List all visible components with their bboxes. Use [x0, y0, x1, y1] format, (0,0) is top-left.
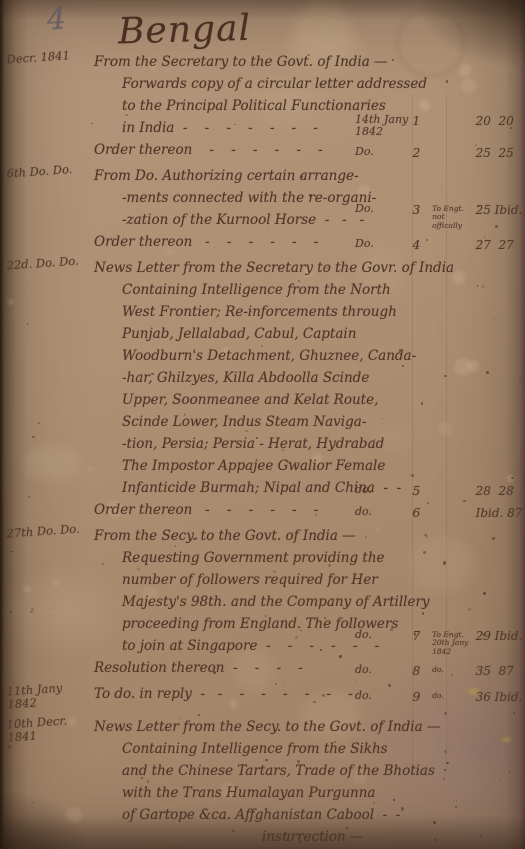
manuscript-line: with the Trans Humalayan Purgunna: [94, 782, 525, 804]
page-numbers: 28 28: [476, 484, 523, 498]
ledger-entry: 27th Do. Do. From the Secy. to the Govt.…: [0, 525, 525, 679]
reference-date: do.: [355, 506, 410, 518]
manuscript-line: insurrection —: [94, 826, 525, 848]
entry-date: Decr. 1841: [0, 44, 101, 160]
reference-date: Do.: [355, 238, 410, 250]
entry-segment: Order thereon - - - - - - do. 6 Ibid. 87: [94, 499, 525, 521]
manuscript-line: Upper, Soonmeanee and Kelat Route,: [94, 389, 525, 411]
entry-segment: From the Secretary to the Govt. of India…: [94, 51, 525, 139]
entry-date: 10th Decr. 1841: [0, 709, 103, 847]
entry-segment: Order thereon - - - - - - Do. 4 27 27: [94, 231, 525, 253]
entry-number: 2: [412, 146, 430, 160]
manuscript-line: Woodburn's Detachment, Ghuznee, Canda-: [94, 345, 525, 367]
page-numbers: 35 87: [476, 664, 523, 678]
manuscript-line: From the Secy. to the Govt. of India —: [94, 525, 525, 547]
folio-number: 4: [46, 1, 67, 37]
entry-list: Decr. 1841 From the Secretary to the Gov…: [0, 51, 525, 848]
entry-segments: From Do. Authorizing certain arrange--me…: [94, 165, 525, 253]
entry-segments: News Letter from the Secy. to the Govt. …: [94, 716, 525, 848]
reference-date: do.: [355, 664, 410, 676]
entry-columns: do. 7 To Engt. 20th Jany 1842 29 Ibid.: [355, 629, 523, 657]
marginal-note: To Engt. 20th Jany 1842: [432, 629, 473, 657]
entry-columns: do. 5 28 28: [355, 484, 523, 498]
ledger-entry: 6th Do. Do. From Do. Authorizing certain…: [0, 165, 525, 253]
page-numbers: 20 20: [476, 114, 523, 128]
page-numbers: Ibid. 87: [476, 506, 523, 520]
page-content: 4 Bengal Decr. 1841 From the Secretary t…: [0, 0, 525, 849]
entry-segments: From the Secy. to the Govt. of India —Re…: [94, 525, 525, 679]
marginal-note: [432, 238, 473, 240]
entry-segments: From the Secretary to the Govt. of India…: [94, 51, 525, 161]
entry-number: 1: [412, 114, 430, 128]
entry-segments: News Letter from the Secretary to the Go…: [94, 257, 525, 521]
manuscript-line: The Impostor Appajee Gwalior Female: [94, 455, 525, 477]
page-numbers: 25 25: [476, 146, 523, 160]
reference-date: Do.: [355, 203, 410, 215]
page-title: Bengal: [117, 0, 525, 54]
entry-segment: From the Secy. to the Govt. of India —Re…: [94, 525, 525, 657]
manuscript-page: 4 Bengal Decr. 1841 From the Secretary t…: [0, 0, 525, 849]
entry-segments: To do. in reply - - - - - - - - do. 9 do…: [94, 683, 525, 712]
manuscript-line: Requesting Government providing the: [94, 547, 525, 569]
entry-date: 6th Do. Do.: [0, 158, 100, 252]
manuscript-line: From Do. Authorizing certain arrange-: [94, 165, 525, 187]
entry-segment: News Letter from the Secretary to the Go…: [94, 257, 525, 499]
page-numbers: 29 Ibid.: [476, 629, 523, 643]
entry-number: 7: [412, 629, 430, 643]
entry-columns: Do. 3 To Engt. not offically 25 Ibid.: [355, 203, 523, 231]
ledger-entry: Decr. 1841 From the Secretary to the Gov…: [0, 51, 525, 161]
entry-number: 9: [412, 690, 430, 704]
entry-number: 5: [412, 484, 430, 498]
manuscript-line: -tion, Persia; Persia - Herat, Hydrabad: [94, 433, 525, 455]
entry-number: 4: [412, 238, 430, 252]
entry-body: News Letter from the Secy. to the Govt. …: [94, 716, 525, 848]
marginal-note: [432, 506, 473, 508]
manuscript-line: Scinde Lower, Indus Steam Naviga-: [94, 411, 525, 433]
reference-date: Do.: [355, 146, 410, 158]
manuscript-line: News Letter from the Secy. to the Govt. …: [94, 716, 525, 738]
page-numbers: 27 27: [476, 238, 523, 252]
entry-columns: do. 9 do. 36 Ibid.: [355, 690, 523, 704]
manuscript-line: West Frontier; Re-inforcements through: [94, 301, 525, 323]
manuscript-line: Containing Intelligence from the North: [94, 279, 525, 301]
manuscript-line: and the Chinese Tartars, Trade of the Bh…: [94, 760, 525, 782]
marginal-note: [432, 484, 473, 486]
entry-columns: Do. 4 27 27: [355, 238, 523, 252]
reference-date: do.: [355, 484, 410, 496]
marginal-note: do.: [432, 690, 473, 701]
manuscript-line: number of followers required for Her: [94, 569, 525, 591]
entry-columns: do. 8 do. 35 87: [355, 664, 523, 678]
entry-segment: News Letter from the Secy. to the Govt. …: [94, 716, 525, 848]
entry-number: 6: [412, 506, 430, 520]
page-numbers: 25 Ibid.: [476, 203, 523, 217]
marginal-note: [432, 114, 473, 116]
entry-segment: From Do. Authorizing certain arrange--me…: [94, 165, 525, 231]
ledger-entry: 22d. Do. Do. News Letter from the Secret…: [0, 257, 525, 521]
entry-segment: To do. in reply - - - - - - - - do. 9 do…: [94, 683, 525, 705]
manuscript-line: Punjab, Jellalabad, Cabul, Captain: [94, 323, 525, 345]
reference-date: 14th Jany 1842: [355, 114, 410, 138]
manuscript-line: of Gartope &ca. Affghanistan Cabool - -: [94, 804, 525, 826]
entry-body: News Letter from the Secretary to the Go…: [94, 257, 525, 499]
manuscript-line: Majesty's 98th. and the Company of Artil…: [94, 591, 525, 613]
entry-number: 3: [412, 203, 430, 217]
manuscript-line: -har, Ghilzyes, Killa Abdoolla Scinde: [94, 367, 525, 389]
ledger-entry: 10th Decr. 1841 News Letter from the Sec…: [0, 716, 525, 848]
entry-date: 11th Jany 1842: [0, 676, 96, 711]
page-numbers: 36 Ibid.: [476, 690, 523, 704]
entry-number: 8: [412, 664, 430, 678]
entry-columns: Do. 2 25 25: [355, 146, 523, 160]
manuscript-line: Containing Intelligence from the Sikhs: [94, 738, 525, 760]
entry-segment: Resolution thereon - - - - do. 8 do. 35 …: [94, 657, 525, 679]
entry-date: 27th Do. Do.: [0, 518, 105, 678]
reference-date: do.: [355, 629, 410, 641]
ledger-entry: 11th Jany 1842 To do. in reply - - - - -…: [0, 683, 525, 712]
manuscript-line: Forwards copy of a circular letter addre…: [94, 73, 525, 95]
manuscript-line: News Letter from the Secretary to the Go…: [94, 257, 525, 279]
entry-segment: Order thereon - - - - - - Do. 2 25 25: [94, 139, 525, 161]
reference-date: do.: [355, 690, 410, 702]
entry-columns: 14th Jany 1842 1 20 20: [355, 114, 523, 138]
marginal-note: do.: [432, 664, 473, 675]
manuscript-line: From the Secretary to the Govt. of India…: [94, 51, 525, 73]
entry-columns: do. 6 Ibid. 87: [355, 506, 523, 520]
marginal-note: To Engt. not offically: [432, 203, 473, 231]
marginal-note: [432, 146, 473, 148]
